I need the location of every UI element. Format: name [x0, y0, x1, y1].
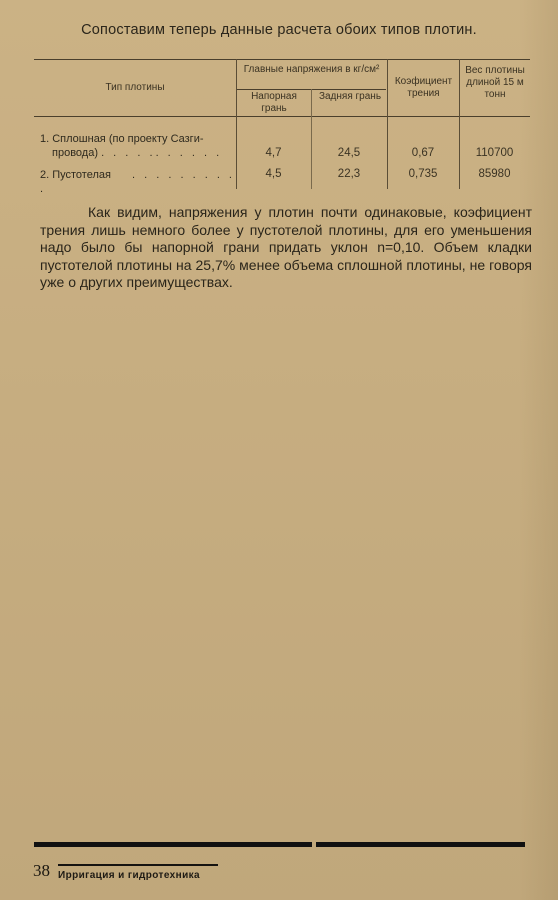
- footer-thick-rule-right: [316, 842, 525, 847]
- comparison-table: Тип плотины Главные напряжения в кг/см² …: [34, 59, 530, 189]
- header-friction: Коэфициент трения: [388, 76, 459, 100]
- header-bottom-rule: [34, 116, 530, 117]
- row-1-friction: 0,67: [387, 147, 459, 159]
- row-2-weight: 85980: [459, 168, 530, 180]
- row-2-friction: 0,735: [387, 168, 459, 180]
- book-page: Сопоставим теперь данные расчета обоих т…: [0, 0, 558, 900]
- header-downstream-face: Задняя грань: [318, 91, 382, 103]
- table-row-2-label: 2. Пустотелая . . . . . . . . . .: [40, 168, 236, 196]
- header-weight: Вес плотины длиной 15 м тонн: [460, 65, 530, 101]
- header-upstream-face: Напорная грань: [244, 91, 304, 115]
- running-footer-journal: Ирригация и гидротехника: [58, 870, 200, 881]
- row-2-label: 2. Пустотелая: [40, 169, 111, 181]
- header-type: Тип плотины: [34, 82, 236, 94]
- row-1-label-line2: провода): [52, 147, 98, 159]
- row-1-label-line1: 1. Сплошная (по проекту Сазги-: [40, 132, 236, 146]
- row-2-upstream: 4,5: [236, 168, 311, 180]
- header-stress-group: Главные напряжения в кг/см²: [236, 64, 387, 76]
- footer-thick-rule-left: [34, 842, 312, 847]
- row-1-downstream: 24,5: [311, 147, 387, 159]
- footer-thin-rule: [58, 864, 218, 866]
- row-1-weight: 110700: [459, 147, 530, 159]
- row-2-downstream: 22,3: [311, 168, 387, 180]
- conclusion-paragraph: Как видим, напряжения у плотин почти оди…: [40, 204, 532, 292]
- table-row-1-label: 1. Сплошная (по проекту Сазги- провода) …: [40, 132, 236, 160]
- page-number: 38: [33, 861, 50, 881]
- row-1-leader-dots: . . . . .. . . . . .: [101, 147, 222, 159]
- table-top-rule: [34, 59, 530, 60]
- intro-sentence: Сопоставим теперь данные расчета обоих т…: [0, 22, 558, 38]
- row-1-upstream: 4,7: [236, 147, 311, 159]
